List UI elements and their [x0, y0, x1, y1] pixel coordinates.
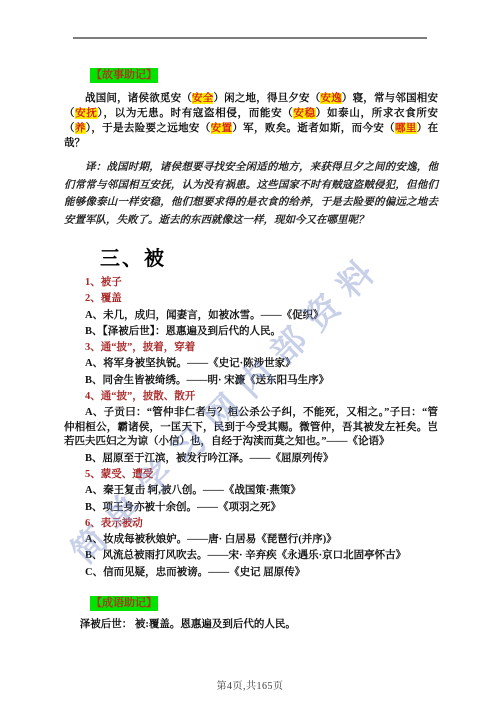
example-quote: C、信而见疑，忠而被谤。——《史记 屈原传》	[64, 566, 438, 581]
example-quote: A、未几，成归，闻妻言，如被冰雪。——《促织》	[64, 309, 438, 324]
highlighted-term: 安稳	[293, 108, 315, 119]
page-content: 【故事助记】 战国间，诸侯欲觅安（安全）闲之地，得旦夕安（安逸）寝，常与邻国相安…	[0, 66, 500, 632]
story-paragraph: 战国间，诸侯欲觅安（安全）闲之地，得旦夕安（安逸）寝，常与邻国相安（安抚），以为…	[64, 91, 438, 151]
page-number: 第4页,共165页	[0, 677, 500, 692]
highlighted-term: 哪里	[395, 123, 417, 134]
example-quote: B、屈原至于江滨，被发行吟江泽。——《屈原列传》	[64, 452, 438, 467]
definition-list: 1、被子2、覆盖A、未几，成归，闻妻言，如被冰雪。——《促织》B、【泽被后世】：…	[64, 276, 438, 580]
example-quote: B、同舍生皆被绮绣。——明· 宋濂《送东阳马生序》	[64, 374, 438, 389]
translation-paragraph: 译：战国时期，诸侯想要寻找安全闲适的地方，来获得旦夕之间的安逸，他们常常与邻国相…	[64, 159, 438, 229]
document-page: 简单学习网内部资料 【故事助记】 战国间，诸侯欲觅安（安全）闲之地，得旦夕安（安…	[0, 0, 500, 707]
idiom-note-label: 【成语助记】	[90, 596, 158, 611]
example-quote: A、将军身被坚执锐。——《史记·陈涉世家》	[64, 357, 438, 372]
section-heading: 三、被	[100, 242, 438, 271]
idiom-note-row: 【成语助记】	[64, 594, 438, 611]
sense-heading: 5、蒙受、遭受	[64, 468, 438, 483]
story-note-label: 【故事助记】	[90, 68, 158, 83]
example-quote: A、妆成每被秋娘妒。——唐· 白居易《琵琶行(并序)》	[64, 533, 438, 548]
highlighted-term: 安置	[211, 123, 233, 134]
sense-heading: 2、覆盖	[64, 292, 438, 307]
sense-heading: 6、表示被动	[64, 517, 438, 532]
sense-heading: 1、被子	[64, 276, 438, 291]
example-quote: B、【泽被后世】：恩惠遍及到后代的人民。	[64, 325, 438, 340]
highlighted-term: 安抚	[75, 108, 97, 119]
example-quote: A、子贡曰：“管仲非仁者与？桓公杀公子纠，不能死，又相之。”子曰：“管仲相桓公，…	[64, 406, 438, 450]
sense-heading: 4、通“披”，披散、散开	[64, 390, 438, 405]
example-quote: B、风流总被雨打风吹去。——宋· 辛弃疾《永遇乐·京口北固亭怀古》	[64, 549, 438, 564]
example-quote: B、项王身亦被十余创。——《项羽之死》	[64, 501, 438, 516]
story-note-row: 【故事助记】	[64, 66, 438, 83]
highlighted-term: 安逸	[320, 93, 341, 104]
example-quote: A、秦王复击 轲,被八创。——《战国策·燕策》	[64, 484, 438, 499]
highlighted-term: 养	[75, 123, 86, 134]
sense-heading: 3、通“披”，披着，穿着	[64, 341, 438, 356]
top-rule	[73, 37, 427, 39]
idiom-note-text: 泽被后世： 被:覆盖。恩惠遍及到后代的人民。	[64, 617, 438, 632]
highlighted-term: 安全	[192, 93, 213, 104]
